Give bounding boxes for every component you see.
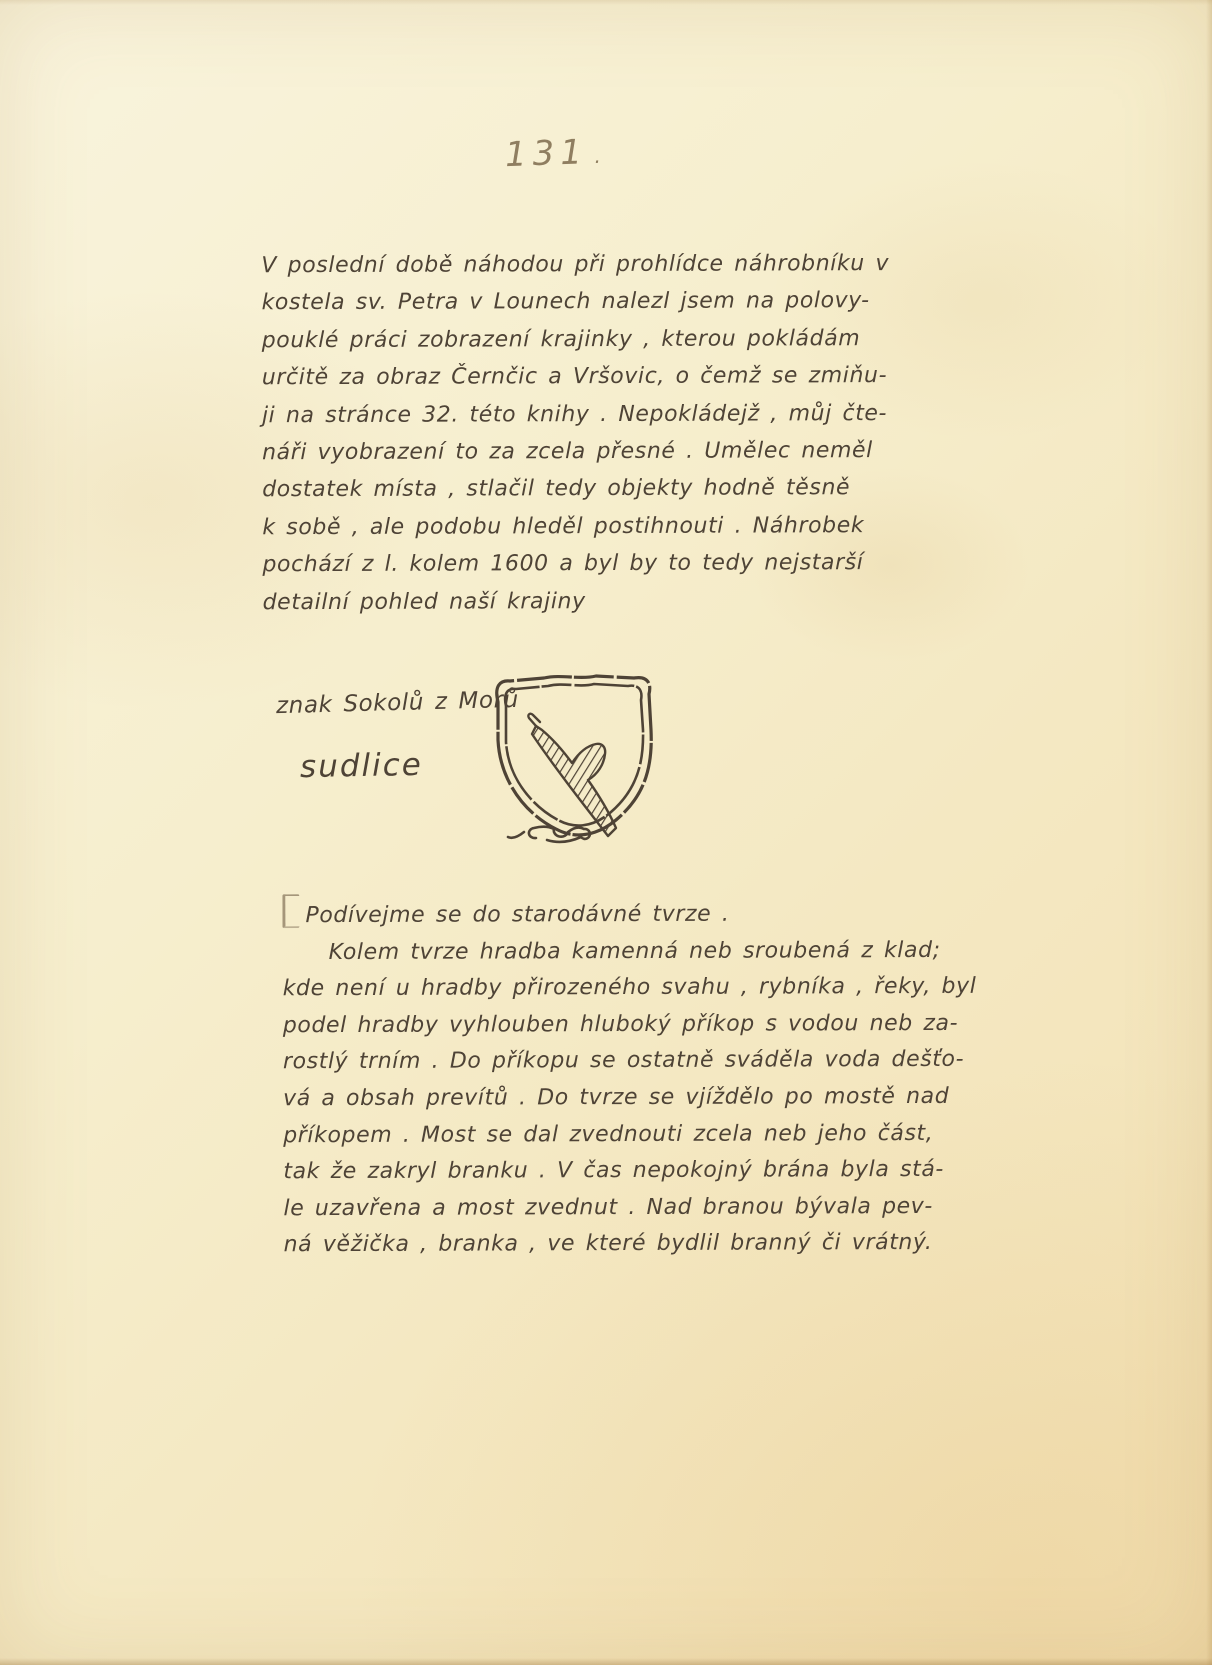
text-line: V poslední době náhodou při prohlídce ná… — [261, 245, 961, 285]
figure-caption-line-2: sudlice — [300, 747, 423, 785]
text-line: rostlý trním . Do příkopu se ostatně svá… — [283, 1042, 983, 1081]
pencil-bracket — [282, 894, 299, 928]
text-line: pochází z l. kolem 1600 a byl by to tedy… — [262, 544, 962, 584]
text-line: podel hradby vyhlouben hluboký příkop s … — [283, 1006, 983, 1045]
text-line: příkopem . Most se dal zvednouti zcela n… — [283, 1115, 983, 1154]
text-line: vá a obsah prevítů . Do tvrze se vjížděl… — [283, 1079, 983, 1118]
text-line: náři vyobrazení to za zcela přesné . Umě… — [262, 432, 962, 472]
sudlice-charge — [532, 726, 616, 836]
text-line: pouklé práci zobrazení krajinky , kterou… — [262, 320, 962, 360]
text-line: určitě za obraz Černčic a Vršovic, o čem… — [262, 357, 962, 397]
text-line: le uzavřena a most zvednut . Nad branou … — [283, 1189, 983, 1228]
manuscript-page: { "page": { "number": "131", "ink_color"… — [0, 0, 1212, 1665]
page-number: 131 . — [504, 131, 625, 175]
text-line: kde není u hradby přirozeného svahu , ry… — [283, 969, 983, 1008]
sudlice-tip — [528, 714, 540, 726]
page-number-dot: . — [588, 144, 602, 168]
paragraph-1: V poslední době náhodou při prohlídce ná… — [261, 245, 962, 622]
paper-edge-top — [0, 0, 1212, 5]
text-line-with-pencil-bracket: Podívejme se do starodávné tvrze . — [282, 892, 982, 935]
text-line: detailní pohled naší krajiny — [263, 581, 963, 621]
text-line: kostela sv. Petra v Lounech nalezl jsem … — [261, 282, 961, 322]
text-line: k sobě , ale podobu hleděl postihnouti .… — [262, 507, 962, 547]
paper-edge-bottom — [0, 1658, 1212, 1665]
paragraph-2: Podívejme se do starodávné tvrze . Kolem… — [282, 892, 983, 1264]
shield-outline-outer — [497, 676, 651, 835]
page-number-value: 131 — [504, 132, 588, 175]
text-line: dostatek místa , stlačil tedy objekty ho… — [262, 469, 962, 509]
text-line: ji na stránce 32. této knihy . Nepokláde… — [262, 394, 962, 434]
text-line: Podívejme se do starodávné tvrze . — [305, 902, 729, 928]
text-line: tak že zakryl branku . V čas nepokojný b… — [283, 1152, 983, 1191]
paper-edge-right — [1206, 0, 1212, 1665]
heraldic-shield-drawing — [484, 668, 664, 858]
text-line: Kolem tvrze hradba kamenná neb sroubená … — [282, 932, 982, 971]
text-line: ná věžička , branka , ve které bydlil br… — [284, 1225, 984, 1264]
